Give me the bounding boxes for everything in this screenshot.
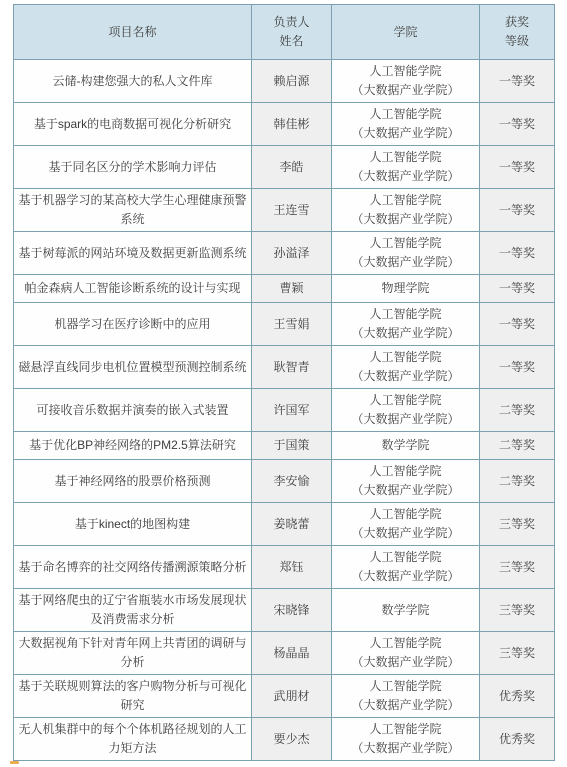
- cell-award-level: 优秀奖: [480, 675, 555, 718]
- cell-award-level: 三等奖: [480, 546, 555, 589]
- cell-award-level: 一等奖: [480, 60, 555, 103]
- table-row: 可接收音乐数据并演奏的嵌入式装置 许国军 人工智能学院 （大数据产业学院） 二等…: [14, 389, 555, 432]
- cell-project-name: 基于网络爬虫的辽宁省瓶装水市场发展现状及消费需求分析: [14, 589, 252, 632]
- cell-college: 人工智能学院 （大数据产业学院）: [332, 546, 480, 589]
- table-row: 基于神经网络的股票价格预测 李安愉 人工智能学院 （大数据产业学院） 二等奖: [14, 460, 555, 503]
- table-row: 基于网络爬虫的辽宁省瓶装水市场发展现状及消费需求分析 宋晓锋 数学学院 三等奖: [14, 589, 555, 632]
- cell-project-name: 基于同名区分的学术影响力评估: [14, 146, 252, 189]
- cell-project-name: 基于树莓派的网站环境及数据更新监测系统: [14, 232, 252, 275]
- cell-college: 人工智能学院 （大数据产业学院）: [332, 103, 480, 146]
- table-body: 云储-构建您强大的私人文件库 赖启源 人工智能学院 （大数据产业学院） 一等奖 …: [14, 60, 555, 761]
- cell-college: 人工智能学院 （大数据产业学院）: [332, 503, 480, 546]
- cell-award-level: 三等奖: [480, 589, 555, 632]
- cell-leader-name: 曹颖: [252, 275, 332, 303]
- cell-project-name: 基于机器学习的某高校大学生心理健康预警系统: [14, 189, 252, 232]
- cell-project-name: 帕金森病人工智能诊断系统的设计与实现: [14, 275, 252, 303]
- cell-project-name: 基于优化BP神经网络的PM2.5算法研究: [14, 432, 252, 460]
- cell-project-name: 基于命名博弈的社交网络传播溯源策略分析: [14, 546, 252, 589]
- cell-award-level: 三等奖: [480, 503, 555, 546]
- table-row: 大数据视角下针对青年网上共青团的调研与分析 杨晶晶 人工智能学院 （大数据产业学…: [14, 632, 555, 675]
- cell-award-level: 二等奖: [480, 460, 555, 503]
- cell-leader-name: 郑钰: [252, 546, 332, 589]
- column-header-college: 学院: [332, 5, 480, 60]
- cell-project-name: 基于kinect的地图构建: [14, 503, 252, 546]
- cell-college: 人工智能学院 （大数据产业学院）: [332, 146, 480, 189]
- cell-award-level: 一等奖: [480, 103, 555, 146]
- cell-college: 人工智能学院 （大数据产业学院）: [332, 675, 480, 718]
- cell-project-name: 可接收音乐数据并演奏的嵌入式装置: [14, 389, 252, 432]
- cell-award-level: 一等奖: [480, 146, 555, 189]
- cell-college: 人工智能学院 （大数据产业学院）: [332, 232, 480, 275]
- cell-award-level: 一等奖: [480, 303, 555, 346]
- cell-leader-name: 武朋材: [252, 675, 332, 718]
- cutoff-orange-marker: [10, 761, 19, 764]
- cell-award-level: 一等奖: [480, 275, 555, 303]
- table-row: 基于优化BP神经网络的PM2.5算法研究 于国策 数学学院 二等奖: [14, 432, 555, 460]
- table-row: 基于同名区分的学术影响力评估 李皓 人工智能学院 （大数据产业学院） 一等奖: [14, 146, 555, 189]
- cell-college: 人工智能学院 （大数据产业学院）: [332, 389, 480, 432]
- table-row: 基于机器学习的某高校大学生心理健康预警系统 王连雪 人工智能学院 （大数据产业学…: [14, 189, 555, 232]
- cell-leader-name: 耿智青: [252, 346, 332, 389]
- cell-award-level: 一等奖: [480, 232, 555, 275]
- cell-leader-name: 韩佳彬: [252, 103, 332, 146]
- cell-project-name: 磁悬浮直线同步电机位置模型预测控制系统: [14, 346, 252, 389]
- cell-leader-name: 于国策: [252, 432, 332, 460]
- table-row: 无人机集群中的每个个体机路径规划的人工力矩方法 要少杰 人工智能学院 （大数据产…: [14, 718, 555, 761]
- cell-award-level: 三等奖: [480, 632, 555, 675]
- table-row: 基于关联规则算法的客户购物分析与可视化研究 武朋材 人工智能学院 （大数据产业学…: [14, 675, 555, 718]
- cell-leader-name: 李皓: [252, 146, 332, 189]
- cell-college: 人工智能学院 （大数据产业学院）: [332, 460, 480, 503]
- cell-project-name: 大数据视角下针对青年网上共青团的调研与分析: [14, 632, 252, 675]
- table-row: 基于kinect的地图构建 姜晓蕾 人工智能学院 （大数据产业学院） 三等奖: [14, 503, 555, 546]
- header-row: 项目名称负责人 姓名学院获奖 等级: [14, 5, 555, 60]
- cell-leader-name: 杨晶晶: [252, 632, 332, 675]
- table-row: 机器学习在医疗诊断中的应用 王雪娟 人工智能学院 （大数据产业学院） 一等奖: [14, 303, 555, 346]
- table-row: 基于命名博弈的社交网络传播溯源策略分析 郑钰 人工智能学院 （大数据产业学院） …: [14, 546, 555, 589]
- column-header-leader: 负责人 姓名: [252, 5, 332, 60]
- cell-leader-name: 李安愉: [252, 460, 332, 503]
- cell-award-level: 一等奖: [480, 189, 555, 232]
- cell-leader-name: 王雪娟: [252, 303, 332, 346]
- cell-leader-name: 宋晓锋: [252, 589, 332, 632]
- cell-project-name: 基于spark的电商数据可视化分析研究: [14, 103, 252, 146]
- cell-leader-name: 要少杰: [252, 718, 332, 761]
- table-row: 基于树莓派的网站环境及数据更新监测系统 孙溢泽 人工智能学院 （大数据产业学院）…: [14, 232, 555, 275]
- cell-project-name: 基于神经网络的股票价格预测: [14, 460, 252, 503]
- table-header: 项目名称负责人 姓名学院获奖 等级: [14, 5, 555, 60]
- cell-college: 数学学院: [332, 589, 480, 632]
- table-row: 帕金森病人工智能诊断系统的设计与实现 曹颖 物理学院 一等奖: [14, 275, 555, 303]
- cell-project-name: 云储-构建您强大的私人文件库: [14, 60, 252, 103]
- cell-college: 人工智能学院 （大数据产业学院）: [332, 632, 480, 675]
- column-header-project: 项目名称: [14, 5, 252, 60]
- table-row: 云储-构建您强大的私人文件库 赖启源 人工智能学院 （大数据产业学院） 一等奖: [14, 60, 555, 103]
- cell-college: 人工智能学院 （大数据产业学院）: [332, 189, 480, 232]
- cell-project-name: 无人机集群中的每个个体机路径规划的人工力矩方法: [14, 718, 252, 761]
- cell-award-level: 一等奖: [480, 346, 555, 389]
- table-row: 基于spark的电商数据可视化分析研究 韩佳彬 人工智能学院 （大数据产业学院）…: [14, 103, 555, 146]
- cell-college: 人工智能学院 （大数据产业学院）: [332, 346, 480, 389]
- table-row: 磁悬浮直线同步电机位置模型预测控制系统 耿智青 人工智能学院 （大数据产业学院）…: [14, 346, 555, 389]
- cell-leader-name: 许国军: [252, 389, 332, 432]
- cell-project-name: 基于关联规则算法的客户购物分析与可视化研究: [14, 675, 252, 718]
- cell-award-level: 二等奖: [480, 389, 555, 432]
- cell-award-level: 优秀奖: [480, 718, 555, 761]
- cell-college: 数学学院: [332, 432, 480, 460]
- cell-leader-name: 王连雪: [252, 189, 332, 232]
- cell-award-level: 二等奖: [480, 432, 555, 460]
- cell-project-name: 机器学习在医疗诊断中的应用: [14, 303, 252, 346]
- cell-college: 人工智能学院 （大数据产业学院）: [332, 60, 480, 103]
- cell-leader-name: 孙溢泽: [252, 232, 332, 275]
- award-results-table: 项目名称负责人 姓名学院获奖 等级 云储-构建您强大的私人文件库 赖启源 人工智…: [13, 4, 555, 761]
- column-header-award: 获奖 等级: [480, 5, 555, 60]
- cell-college: 人工智能学院 （大数据产业学院）: [332, 303, 480, 346]
- cell-college: 人工智能学院 （大数据产业学院）: [332, 718, 480, 761]
- cell-leader-name: 姜晓蕾: [252, 503, 332, 546]
- cell-leader-name: 赖启源: [252, 60, 332, 103]
- cell-college: 物理学院: [332, 275, 480, 303]
